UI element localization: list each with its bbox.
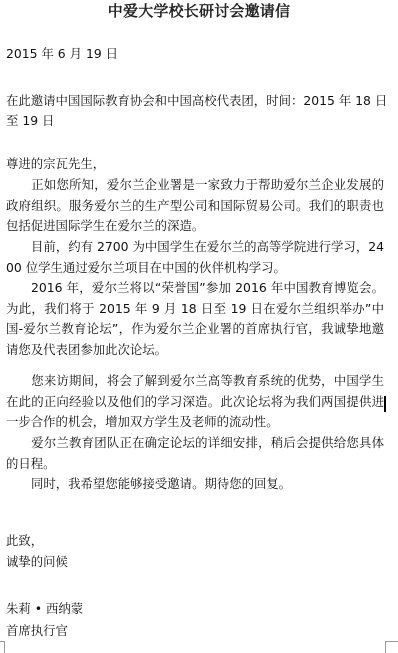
paragraph-3: 2016 年，爱尔兰将以“荣誉国”参加 2016 年中国教育博览会。为此，我们将… xyxy=(6,278,384,360)
invitation-line-1: 在此邀请中国国际教育协会和中国高校代表团，时间：2015 年 18 日 xyxy=(6,91,384,111)
signature-title: 首席执行官 xyxy=(6,621,384,641)
paragraph-5: 爱尔兰教育团队正在确定论坛的详细安排，稍后会提供给您具体的日程。 xyxy=(6,433,384,474)
closing-line-1: 此致， xyxy=(6,531,384,551)
document-title: 中爱大学校长研讨会邀请信 xyxy=(0,1,398,21)
closing-line-2: 诚挚的问候 xyxy=(6,552,384,572)
paragraph-6: 同时，我希望您能够接受邀请。期待您的回复。 xyxy=(6,474,384,495)
paragraph-2-text: 目前，约有 2700 为中国学生在爱尔兰的高等学院进行学习，2400 位学生通过… xyxy=(6,239,384,275)
text-cursor xyxy=(384,396,386,412)
margin-corner-right xyxy=(385,641,398,653)
paragraph-6-text: 同时，我希望您能够接受邀请。期待您的回复。 xyxy=(31,476,291,491)
letter-date: 2015 年 6 月 19 日 xyxy=(6,44,384,64)
paragraph-2: 目前，约有 2700 为中国学生在爱尔兰的高等学院进行学习，2400 位学生通过… xyxy=(6,237,384,278)
salutation: 尊进的宗瓦先生， xyxy=(6,154,384,174)
paragraph-4-text: 您来访期间，将会了解到爱尔兰高等教育系统的优势，中国学生在此的正向经验以及他们的… xyxy=(6,373,384,429)
margin-corner-left xyxy=(0,641,5,653)
paragraph-3-text: 2016 年，爱尔兰将以“荣誉国”参加 2016 年中国教育博览会。为此，我们将… xyxy=(6,280,384,357)
paragraph-4: 您来访期间，将会了解到爱尔兰高等教育系统的优势，中国学生在此的正向经验以及他们的… xyxy=(6,371,384,433)
paragraph-1: 正如您所知，爱尔兰企业署是一家致力于帮助爱尔兰企业发展的政府组织。服务爱尔兰的生… xyxy=(6,175,384,237)
invitation-line-2: 至 19 日 xyxy=(6,111,384,131)
signature-name: 朱莉 • 西纳蒙 xyxy=(6,599,384,619)
paragraph-1-text: 正如您所知，爱尔兰企业署是一家致力于帮助爱尔兰企业发展的政府组织。服务爱尔兰的生… xyxy=(6,177,384,233)
document-page[interactable]: 中爱大学校长研讨会邀请信 2015 年 6 月 19 日 在此邀请中国国际教育协… xyxy=(0,0,398,653)
paragraph-5-text: 爱尔兰教育团队正在确定论坛的详细安排，稍后会提供给您具体的日程。 xyxy=(6,435,384,471)
